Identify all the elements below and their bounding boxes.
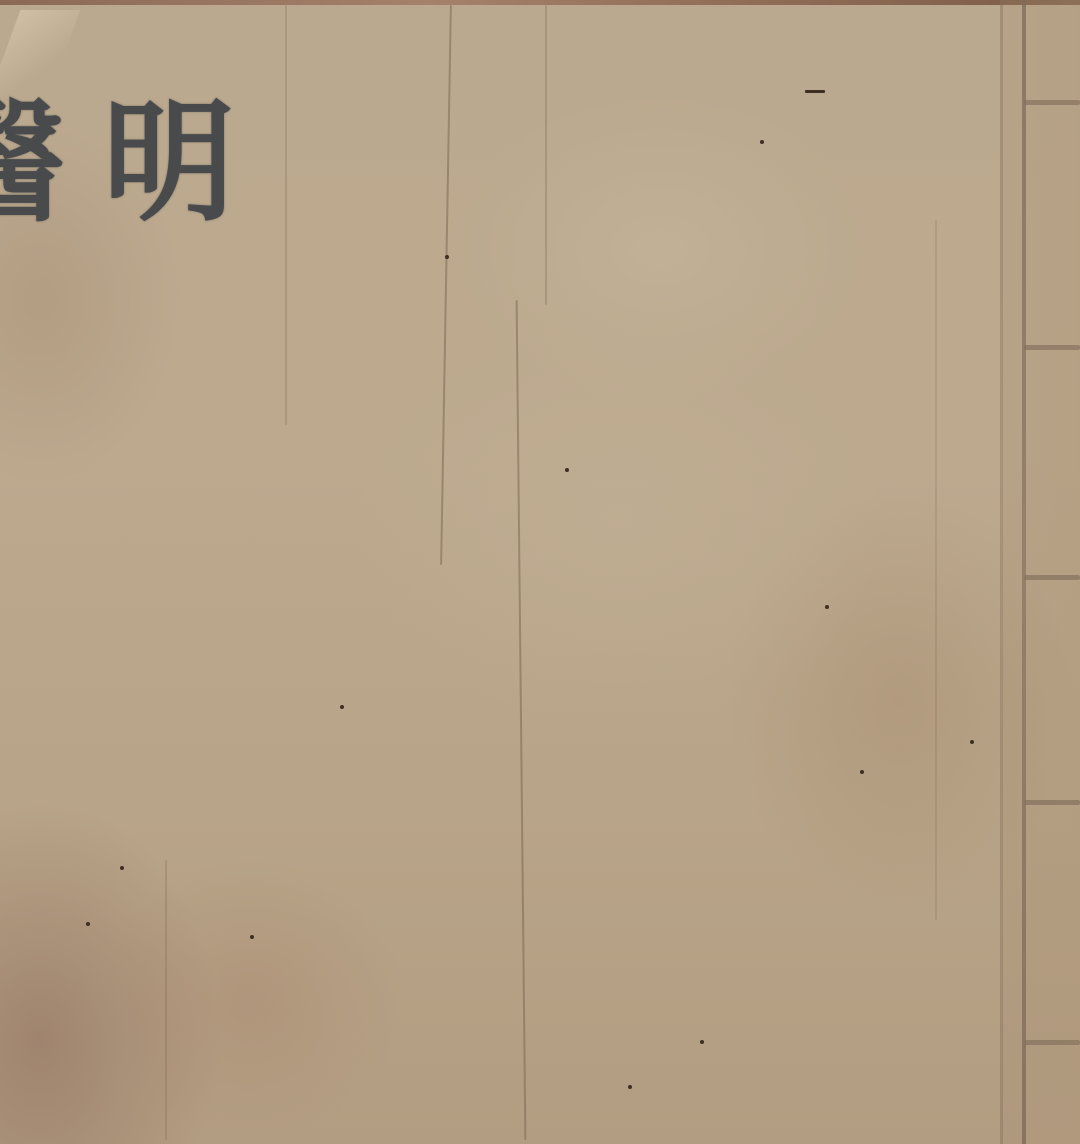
speck	[860, 770, 864, 774]
speck	[628, 1085, 632, 1089]
paper-crease	[935, 220, 937, 920]
paper-crease	[545, 5, 547, 305]
paper-crease	[440, 5, 452, 565]
paper-crease	[516, 300, 527, 1140]
book-title: 明 醫 指 掌 單	[72, 92, 242, 234]
speck	[700, 1040, 704, 1044]
binding-stitch	[1024, 800, 1080, 805]
paper-crease	[165, 860, 167, 1140]
binding-stitch	[1024, 1040, 1080, 1045]
speck	[760, 140, 764, 144]
title-char-1: 明	[72, 92, 242, 234]
binding-stitch	[1024, 100, 1080, 105]
speck	[805, 90, 825, 93]
binding-stitch	[1024, 345, 1080, 350]
speck	[340, 705, 344, 709]
title-char-2: 醫	[0, 92, 72, 234]
speck	[250, 935, 254, 939]
speck	[970, 740, 974, 744]
corner-wear	[0, 10, 80, 100]
speck	[120, 866, 124, 870]
speck	[825, 605, 829, 609]
cover-top-edge	[0, 0, 1080, 5]
speck	[565, 468, 569, 472]
speck	[86, 922, 90, 926]
book-cover: 明 醫 指 掌 單	[0, 0, 1080, 1144]
binding-strip	[1000, 0, 1080, 1144]
speck	[445, 255, 449, 259]
paper-crease	[285, 5, 287, 425]
spine-fold-line	[1000, 0, 1003, 1144]
binding-thread-vertical	[1022, 0, 1026, 1144]
binding-stitch	[1024, 575, 1080, 580]
